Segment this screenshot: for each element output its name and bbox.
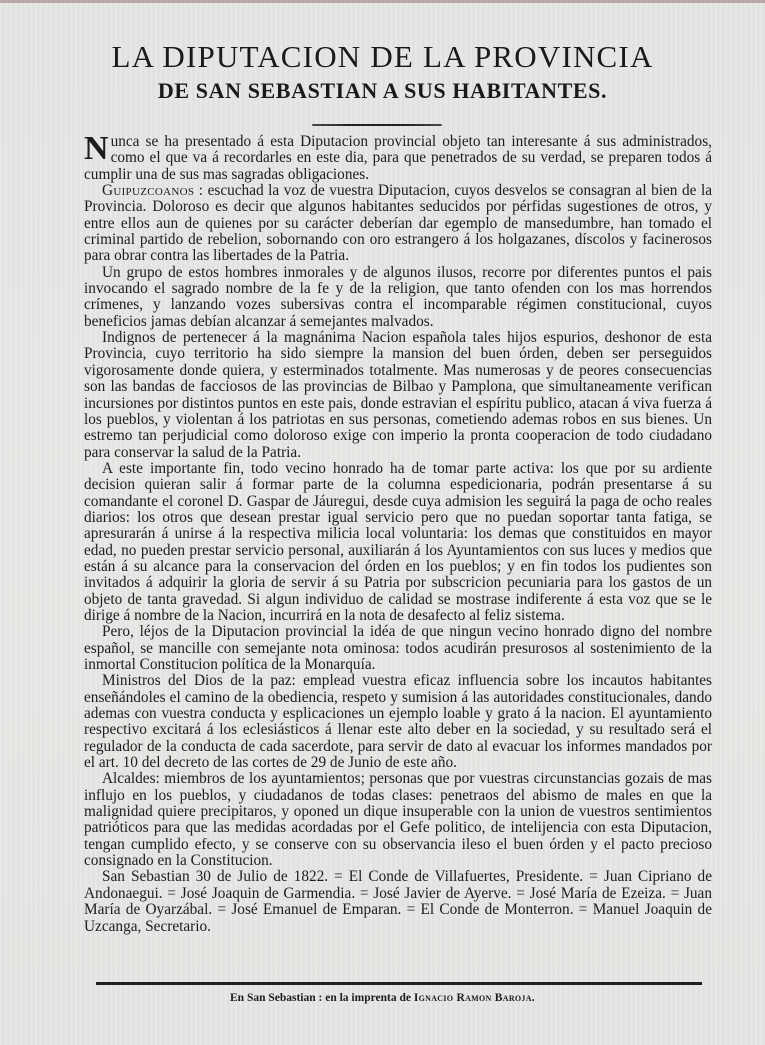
address-guipuzcoanos: Guipuzcoanos: [102, 182, 194, 199]
paragraph-6: Pero, léjos de la Diputacion provincial …: [84, 624, 712, 673]
paragraph-4: Indignos de pertenecer á la magnánima Na…: [84, 330, 712, 461]
signature-block: San Sebastian 30 de Julio de 1822. = El …: [84, 869, 712, 934]
printer-imprint: En San Sebastian : en la imprenta de Ign…: [0, 992, 765, 1004]
paragraph-1: Nunca se ha presentado á esta Diputacion…: [84, 134, 712, 183]
title-divider-rule: [312, 124, 442, 126]
paragraph-3: Un grupo de estos hombres inmorales y de…: [84, 265, 712, 330]
drop-cap-letter: N: [84, 136, 109, 162]
paragraph-8: Alcaldes: miembros de los ayuntamientos;…: [84, 771, 712, 869]
paragraph-7: Ministros del Dios de la paz: emplead vu…: [84, 673, 712, 771]
imprint-printer-name: Ignacio Ramon Baroja.: [414, 992, 535, 1004]
printed-proclamation-page: LA DIPUTACION DE LA PROVINCIA DE SAN SEB…: [0, 0, 765, 1045]
paper-top-edge: [0, 0, 765, 3]
proclamation-body: Nunca se ha presentado á esta Diputacion…: [84, 134, 712, 935]
proclamation-title: LA DIPUTACION DE LA PROVINCIA: [0, 40, 765, 74]
footer-divider-rule: [96, 982, 702, 985]
paragraph-2: Guipuzcoanos : escuchad la voz de vuestr…: [84, 183, 712, 265]
proclamation-subtitle: DE SAN SEBASTIAN A SUS HABITANTES.: [0, 78, 765, 104]
imprint-prefix: En San Sebastian : en la imprenta de: [230, 992, 411, 1004]
paragraph-5: A este importante fin, todo vecino honra…: [84, 461, 712, 624]
paragraph-text: unca se ha presentado á esta Diputacion …: [84, 133, 712, 183]
